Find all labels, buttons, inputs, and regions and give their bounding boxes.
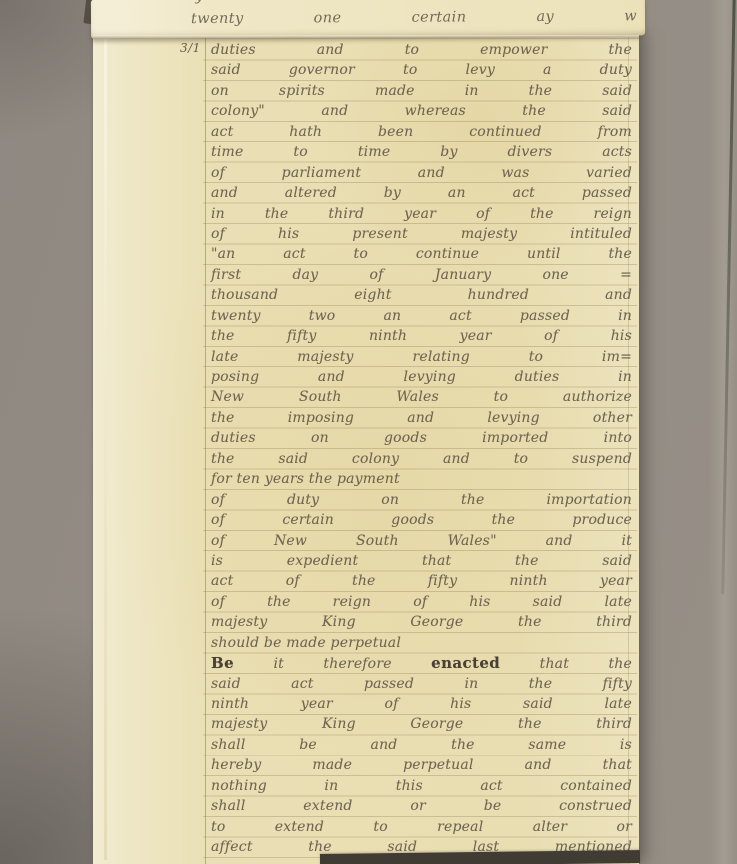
fold-crease: [93, 35, 639, 39]
manuscript-line: for ten years the payment: [211, 469, 611, 489]
manuscript-lines: duties and to empower thesaid governor t…: [211, 40, 632, 858]
manuscript-text: for ten years the payment: [211, 471, 400, 487]
manuscript-line: "an act to continue until the: [211, 244, 632, 264]
manuscript-line: to extend to repeal alter or: [211, 817, 632, 837]
photograph-backdrop: { "colors": { "backdrop": "#938c84", "ba…: [0, 0, 737, 864]
manuscript-line: duties on goods imported into: [211, 428, 632, 448]
manuscript-line: majesty King George the third: [211, 612, 632, 632]
manuscript-line: act hath been continued from: [211, 122, 632, 142]
manuscript-text: shall be and the same is: [211, 737, 632, 753]
manuscript-line: late majesty relating to im=: [211, 347, 632, 367]
manuscript-text: first day of January one =: [211, 267, 632, 283]
manuscript-text: the fifty ninth year of his: [211, 328, 632, 344]
manuscript-line: shall be and the same is: [211, 735, 632, 755]
manuscript-text: majesty King George the third: [211, 716, 632, 732]
manuscript-text: shall extend or be construed: [211, 798, 632, 814]
manuscript-text: of parliament and was varied: [211, 165, 632, 181]
manuscript-text: posing and levying duties in: [211, 369, 632, 385]
manuscript-text: of the reign of his said late: [211, 594, 632, 610]
manuscript-line: the fifty ninth year of his: [211, 326, 632, 346]
manuscript-line: of duty on the importation: [211, 490, 632, 510]
manuscript-line: said governor to levy a duty: [211, 60, 632, 80]
manuscript-text: should be made perpetual: [211, 635, 401, 651]
manuscript-text: of certain goods the produce: [211, 512, 632, 528]
manuscript-text: of duty on the importation: [211, 492, 632, 508]
manuscript-line: nothing in this act contained: [211, 776, 632, 796]
manuscript-line: twenty two an act passed in: [211, 306, 632, 326]
manuscript-text: hereby made perpetual and that: [211, 757, 632, 773]
manuscript-text: act hath been continued from: [211, 124, 632, 140]
manuscript-line: of New South Wales" and it: [211, 531, 632, 551]
manuscript-line: said act passed in the fifty: [211, 674, 632, 694]
manuscript-text: colony" and whereas the said: [211, 103, 632, 119]
engrossed-word: Be: [211, 654, 234, 672]
manuscript-line: thousand eight hundred and: [211, 285, 632, 305]
manuscript-text: late majesty relating to im=: [211, 349, 632, 365]
left-fold-highlight: [104, 30, 107, 860]
manuscript-line: of certain goods the produce: [211, 510, 632, 530]
engrossed-word: enacted: [431, 654, 500, 672]
manuscript-text: ninth year of his said late: [211, 696, 632, 712]
manuscript-text: New South Wales to authorize: [211, 389, 632, 405]
manuscript-text: thousand eight hundred and: [211, 287, 632, 303]
previous-page-strip: y twenty one certain ay w: [91, 0, 645, 39]
manuscript-text: said governor to levy a duty: [211, 62, 632, 78]
manuscript-line: majesty King George the third: [211, 714, 632, 734]
manuscript-text: to extend to repeal alter or: [211, 819, 632, 835]
manuscript-line: the imposing and levying other: [211, 408, 632, 428]
manuscript-line: of parliament and was varied: [211, 163, 632, 183]
manuscript-line: ninth year of his said late: [211, 694, 632, 714]
manuscript-text: and altered by an act passed: [211, 185, 632, 201]
manuscript-line: first day of January one =: [211, 265, 632, 285]
manuscript-text: duties on goods imported into: [211, 430, 632, 446]
manuscript-text: on spirits made in the said: [211, 83, 632, 99]
manuscript-line: is expedient that the said: [211, 551, 632, 571]
manuscript-line: posing and levying duties in: [211, 367, 632, 387]
manuscript-text: said act passed in the fifty: [211, 676, 632, 692]
manuscript-line: in the third year of the reign: [211, 204, 632, 224]
manuscript-line: on spirits made in the said: [211, 81, 632, 101]
manuscript-text: "an act to continue until the: [211, 246, 632, 262]
manuscript-line: the said colony and to suspend: [211, 449, 632, 469]
manuscript-line: shall extend or be construed: [211, 796, 632, 816]
margin-note: 3/1: [180, 41, 201, 55]
manuscript-text: act of the fifty ninth year: [211, 573, 632, 589]
left-margin-rule: [205, 37, 206, 864]
manuscript-line: time to time by divers acts: [211, 142, 632, 162]
manuscript-text: it therefore: [234, 656, 431, 672]
manuscript-line: hereby made perpetual and that: [211, 755, 632, 775]
manuscript-text: time to time by divers acts: [211, 144, 632, 160]
manuscript-line: duties and to empower the: [211, 40, 632, 60]
manuscript-text: is expedient that the said: [211, 553, 632, 569]
manuscript-line: and altered by an act passed: [211, 183, 632, 203]
manuscript-text: of New South Wales" and it: [211, 533, 632, 549]
manuscript-text: the said colony and to suspend: [211, 451, 632, 467]
manuscript-text: of his present majesty intituled: [211, 226, 632, 242]
manuscript-line: Be it therefore enacted that the: [211, 653, 632, 673]
manuscript-line: colony" and whereas the said: [211, 101, 632, 121]
manuscript-text: in the third year of the reign: [211, 206, 632, 222]
manuscript-text: that the: [500, 656, 632, 672]
partial-glyph: y: [195, 0, 204, 4]
manuscript-text: the imposing and levying other: [211, 410, 632, 426]
manuscript-line: of his present majesty intituled: [211, 224, 632, 244]
manuscript-text: nothing in this act contained: [211, 778, 632, 794]
manuscript-text: twenty two an act passed in: [211, 308, 632, 324]
previous-page-text: twenty one certain ay w: [191, 5, 637, 30]
manuscript-text: majesty King George the third: [211, 614, 632, 630]
manuscript-text: duties and to empower the: [211, 42, 632, 58]
manuscript-line: of the reign of his said late: [211, 592, 632, 612]
manuscript-line: New South Wales to authorize: [211, 387, 632, 407]
manuscript-line: act of the fifty ninth year: [211, 571, 632, 591]
manuscript-line: should be made perpetual: [211, 633, 539, 653]
